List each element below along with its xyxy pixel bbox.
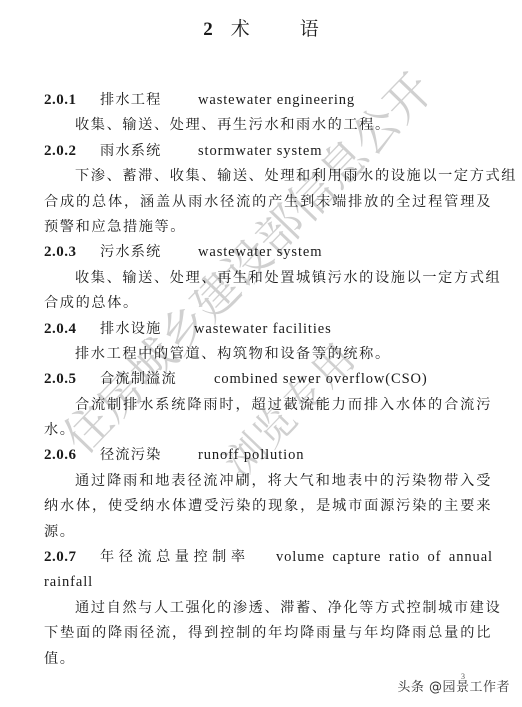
- term-zh: 排水工程: [100, 88, 162, 113]
- section-title-char-2: 语: [300, 18, 319, 40]
- term-heading: 2.0.2雨水系统stormwater system: [44, 139, 492, 164]
- term-definition-line: 合成的总体。: [44, 291, 492, 316]
- section-title-char-1: 术: [231, 18, 250, 40]
- term-definition-line: 合成的总体，涵盖从雨水径流的产生到末端排放的全过程管理及: [44, 190, 492, 215]
- term-heading: 2.0.4排水设施wastewater facilities: [44, 317, 492, 342]
- term-en: volume capture ratio of annual: [276, 545, 493, 570]
- term-number: 2.0.3: [44, 240, 100, 265]
- term-number: 2.0.2: [44, 139, 100, 164]
- section-number: 2: [203, 19, 213, 40]
- term-definition-line: 收集、输送、处理、再生和处置城镇污水的设施以一定方式组: [44, 266, 492, 291]
- term-definition-line: 值。: [44, 647, 492, 672]
- term-zh: 污水系统: [100, 240, 162, 265]
- terms-list: 2.0.1排水工程wastewater engineering 收集、输送、处理…: [44, 88, 492, 672]
- term-zh: 排水设施: [100, 317, 162, 342]
- term-definition-line: 预警和应急措施等。: [44, 215, 492, 240]
- term-en: combined sewer overflow(CSO): [214, 367, 428, 392]
- term-en: wastewater engineering: [198, 88, 355, 113]
- term-zh: 径流污染: [100, 443, 162, 468]
- term-heading: 2.0.3污水系统wastewater system: [44, 240, 492, 265]
- term-number: 2.0.1: [44, 88, 100, 113]
- term-definition-line: 下垫面的降雨径流，得到控制的年均降雨量与年均降雨总量的比: [44, 621, 492, 646]
- term-number: 2.0.4: [44, 317, 100, 342]
- term-definition-line: 通过降雨和地表径流冲刷，将大气和地表中的污染物带入受: [44, 469, 492, 494]
- term-en: wastewater system: [198, 240, 322, 265]
- term-definition-line: 合流制排水系统降雨时，超过截流能力而排入水体的合流污: [44, 393, 492, 418]
- term-definition-line: 通过自然与人工强化的渗透、滞蓄、净化等方式控制城市建设: [44, 596, 492, 621]
- term-en: wastewater facilities: [194, 317, 332, 342]
- term-definition-line: 纳水体，使受纳水体遭受污染的现象，是城市面源污染的主要来: [44, 494, 492, 519]
- term-number: 2.0.6: [44, 443, 100, 468]
- term-en: stormwater system: [198, 139, 322, 164]
- source-watermark: 头条 @园景工作者: [397, 676, 510, 695]
- term-definition-line: 水。: [44, 418, 492, 443]
- term-zh: 雨水系统: [100, 139, 162, 164]
- term-definition-line: 收集、输送、处理、再生污水和雨水的工程。: [44, 113, 492, 138]
- term-zh: 合流制溢流: [100, 367, 177, 392]
- section-title: 2术语: [0, 14, 522, 41]
- term-number: 2.0.5: [44, 367, 100, 392]
- term-heading: 2.0.5合流制溢流combined sewer overflow(CSO): [44, 367, 492, 392]
- term-heading: 2.0.1排水工程wastewater engineering: [44, 88, 492, 113]
- term-definition-line: 源。: [44, 520, 492, 545]
- term-en-continued: rainfall: [44, 570, 492, 595]
- term-heading: 2.0.6径流污染runoff pollution: [44, 443, 492, 468]
- term-zh: 年径流总量控制率: [100, 545, 250, 570]
- term-en: runoff pollution: [198, 443, 304, 468]
- term-number: 2.0.7: [44, 545, 100, 570]
- term-heading: 2.0.7年径流总量控制率volume capture ratio of ann…: [44, 545, 492, 570]
- term-definition-line: 下渗、蓄滞、收集、输送、处理和利用雨水的设施以一定方式组: [44, 164, 492, 189]
- term-definition-line: 排水工程中的管道、构筑物和设备等的统称。: [44, 342, 492, 367]
